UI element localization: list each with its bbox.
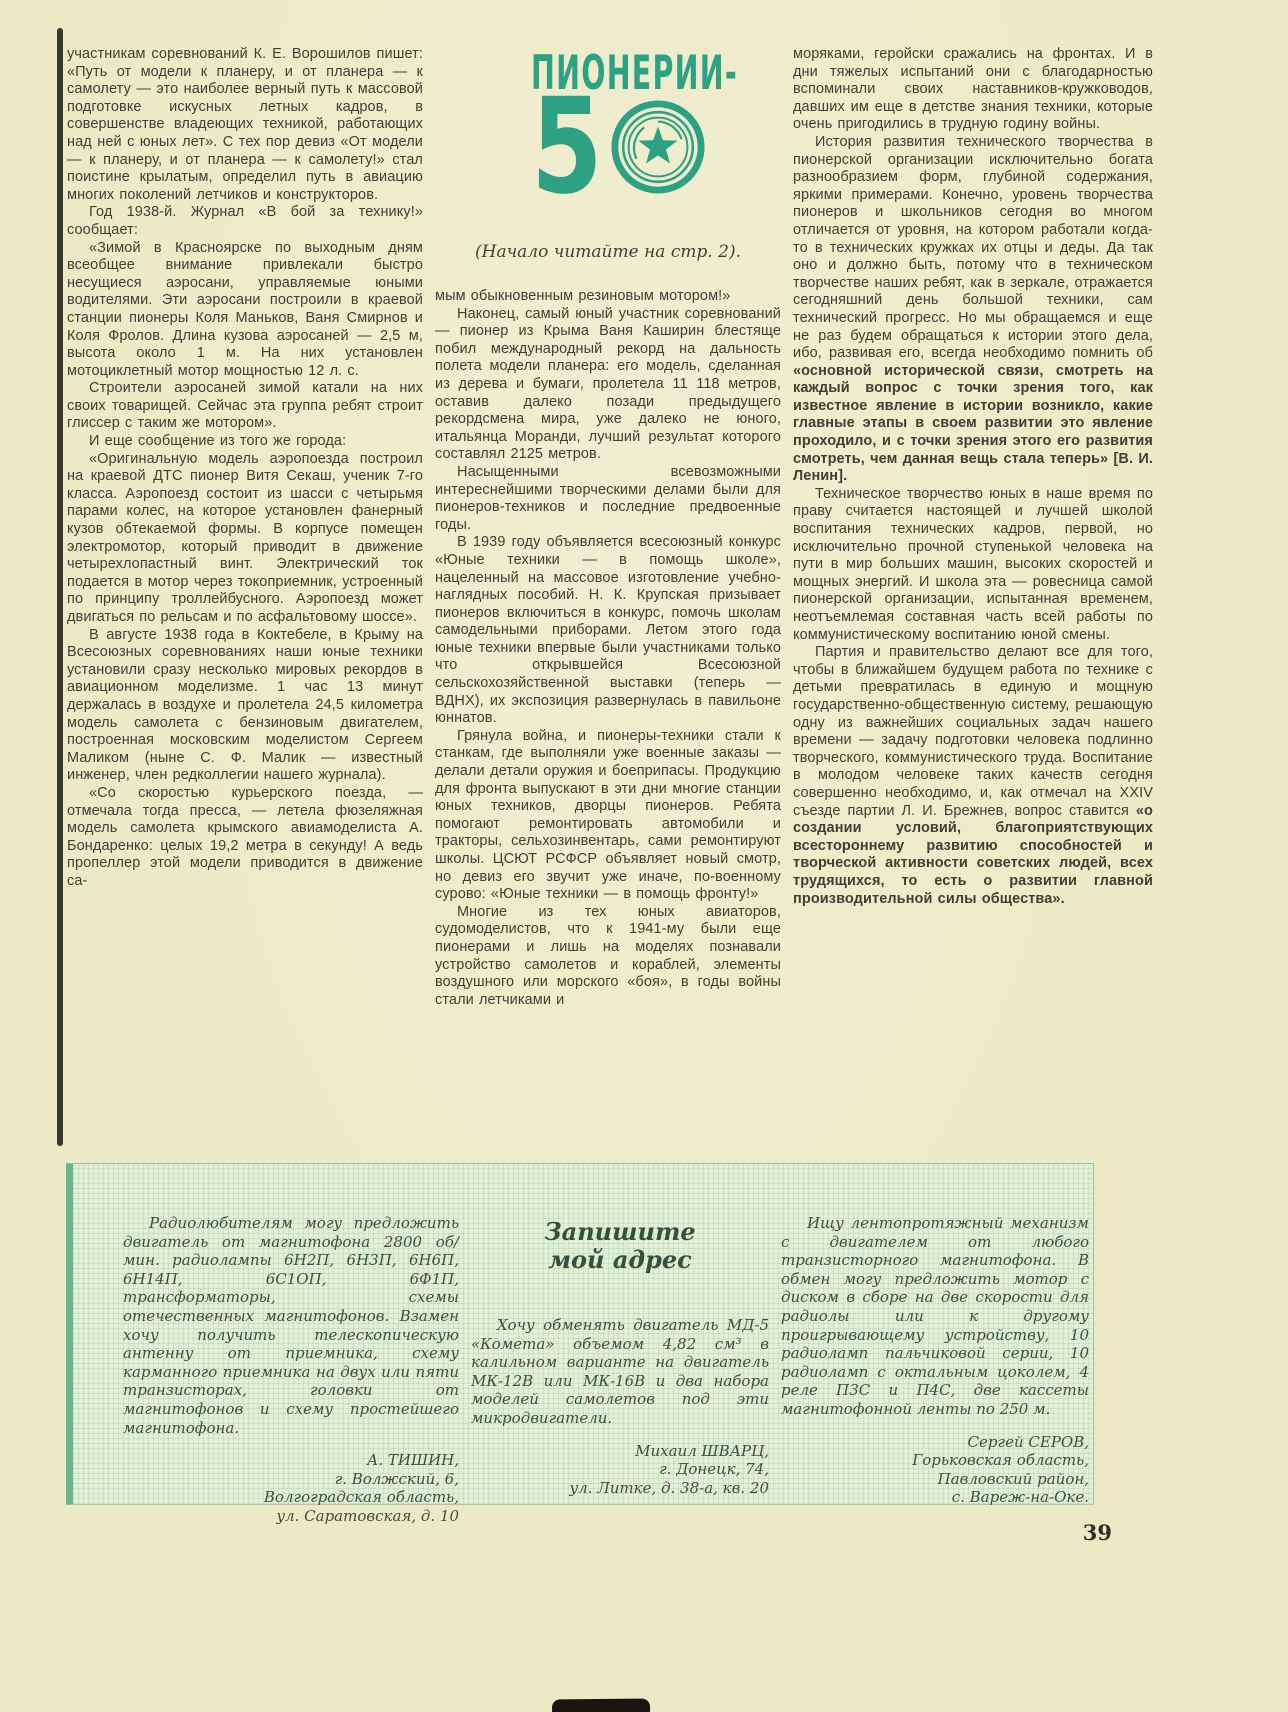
signature-line: Волгоградская область, [123, 1488, 459, 1507]
ad-signature: Михаил ШВАРЦ,г. Донецк, 74,ул. Литке, д.… [471, 1442, 769, 1498]
ad-body: Хочу обменять двигатель МД-5 «Комета» об… [471, 1316, 769, 1428]
paragraph: В августе 1938 года в Коктебеле, в Крыму… [67, 627, 423, 785]
address-exchange-box: Радиолюбителям могу предложить двигатель… [66, 1163, 1094, 1505]
text-run: Техническое творчество юных в наше время… [793, 486, 1153, 643]
text-run: Строители аэросаней зимой катали на них … [67, 380, 423, 431]
signature-line: Сергей СЕРОВ, [781, 1433, 1089, 1452]
ad-body: Ищу лентопротяжный механизм с двигателем… [781, 1214, 1089, 1419]
text-run: И еще сообщение из того же города: [89, 433, 346, 449]
text-run: «Оригинальную модель аэропоезда построил… [67, 451, 423, 625]
paragraph: И еще сообщение из того же города: [67, 433, 423, 451]
text-run: «Зимой в Красноярске по выходным дням вс… [67, 240, 423, 379]
text-run: моряками, геройски сражались на фронтах.… [793, 46, 1153, 132]
paragraph: мым обыкновенным резиновым мотором!» [435, 288, 781, 306]
paragraph: Наконец, самый юный участник соревновани… [435, 306, 781, 464]
text-run: Многие из тех юных авиаторов, судомодели… [435, 904, 781, 1008]
paragraph: Техническое творчество юных в наше время… [793, 486, 1153, 644]
article-column-left: участникам соревнований К. Е. Ворошилов … [67, 46, 423, 1009]
text-run: В августе 1938 года в Коктебеле, в Крыму… [67, 627, 423, 784]
text-run: Наконец, самый юный участник соревновани… [435, 306, 781, 463]
ads-heading-line2: мой адрес [471, 1246, 769, 1274]
ad-signature: Сергей СЕРОВ,Горьковская область,Павловс… [781, 1433, 1089, 1507]
ad-tishin: Радиолюбителям могу предложить двигатель… [123, 1164, 459, 1504]
ad-serov: Ищу лентопротяжный механизм с двигателем… [781, 1164, 1089, 1504]
text-run: мым обыкновенным резиновым мотором!» [435, 288, 730, 304]
article: участникам соревнований К. Е. Ворошилов … [67, 46, 1153, 1009]
article-column-right: моряками, геройски сражались на фронтах.… [793, 46, 1153, 1009]
signature-line: ул. Литке, д. 38-а, кв. 20 [471, 1479, 769, 1498]
page-number: 39 [1040, 1520, 1112, 1545]
paragraph: моряками, геройски сражались на фронтах.… [793, 46, 1153, 134]
paragraph: Строители аэросаней зимой катали на них … [67, 380, 423, 433]
text-run: Год 1938-й. Журнал «В бой за технику!» с… [67, 204, 423, 238]
ads-heading: Запишите мой адрес [471, 1218, 769, 1274]
text-run: Грянула война, и пионеры-техники стали к… [435, 728, 781, 902]
text-run: «Со скоростью курьерского поезда, — отме… [67, 785, 423, 889]
paragraph: История развития технического творчества… [793, 134, 1153, 486]
page-gutter-line [57, 28, 63, 1146]
text-run: Партия и правительство делают все для то… [793, 644, 1153, 818]
ad-signature: А. ТИШИН,г. Волжский, 6,Волгоградская об… [123, 1451, 459, 1525]
paragraph: «Оригинальную модель аэропоезда построил… [67, 451, 423, 627]
article-column-middle-text: мым обыкновенным резиновым мотором!»Нако… [435, 288, 781, 1009]
scan-artifact-smudge [552, 1698, 650, 1712]
signature-line: Павловский район, [781, 1470, 1089, 1489]
bold-quote-run: «основной исторической связи, смотреть н… [793, 363, 1153, 485]
ad-body: Радиолюбителям могу предложить двигатель… [123, 1214, 459, 1437]
signature-line: с. Вареж-на-Оке. [781, 1488, 1089, 1507]
signature-line: А. ТИШИН, [123, 1451, 459, 1470]
paragraph: участникам соревнований К. Е. Ворошилов … [67, 46, 423, 204]
paragraph: Насыщенными всевозможными интереснейшими… [435, 464, 781, 534]
signature-line: ул. Саратовская, д. 10 [123, 1507, 459, 1526]
ad-shvarts: Запишите мой адрес Хочу обменять двигате… [471, 1164, 769, 1504]
paragraph: «Со скоростью курьерского поезда, — отме… [67, 785, 423, 891]
paragraph: Год 1938-й. Журнал «В бой за технику!» с… [67, 204, 423, 239]
signature-line: Горьковская область, [781, 1451, 1089, 1470]
paragraph: Партия и правительство делают все для то… [793, 644, 1153, 908]
continuation-note: (Начало читайте на стр. 2). [435, 242, 781, 262]
signature-line: Михаил ШВАРЦ, [471, 1442, 769, 1461]
text-run: участникам соревнований К. Е. Ворошилов … [67, 46, 423, 203]
ads-heading-line1: Запишите [471, 1218, 769, 1246]
paragraph: Грянула война, и пионеры-техники стали к… [435, 728, 781, 904]
paragraph: Многие из тех юных авиаторов, судомодели… [435, 904, 781, 1010]
signature-line: г. Донецк, 74, [471, 1460, 769, 1479]
paragraph: В 1939 году объявляется всесоюзный конку… [435, 534, 781, 728]
logo-digit-5: 5 [531, 99, 603, 195]
logo-digit-row: 5 [531, 98, 781, 196]
pioneers-50-logo: ПИОНЕРИИ- 5 [531, 50, 781, 196]
text-run: История развития технического творчества… [793, 134, 1153, 361]
text-run: В 1939 году объявляется всесоюзный конку… [435, 534, 781, 726]
magazine-page: участникам соревнований К. Е. Ворошилов … [0, 0, 1288, 1712]
pioneer-star-emblem-icon [609, 98, 707, 196]
text-run: Насыщенными всевозможными интереснейшими… [435, 464, 781, 533]
article-column-middle: ПИОНЕРИИ- 5 (Начало чит [435, 46, 781, 1009]
paragraph: «Зимой в Красноярске по выходным дням вс… [67, 240, 423, 381]
star-icon [638, 126, 677, 163]
signature-line: г. Волжский, 6, [123, 1470, 459, 1489]
